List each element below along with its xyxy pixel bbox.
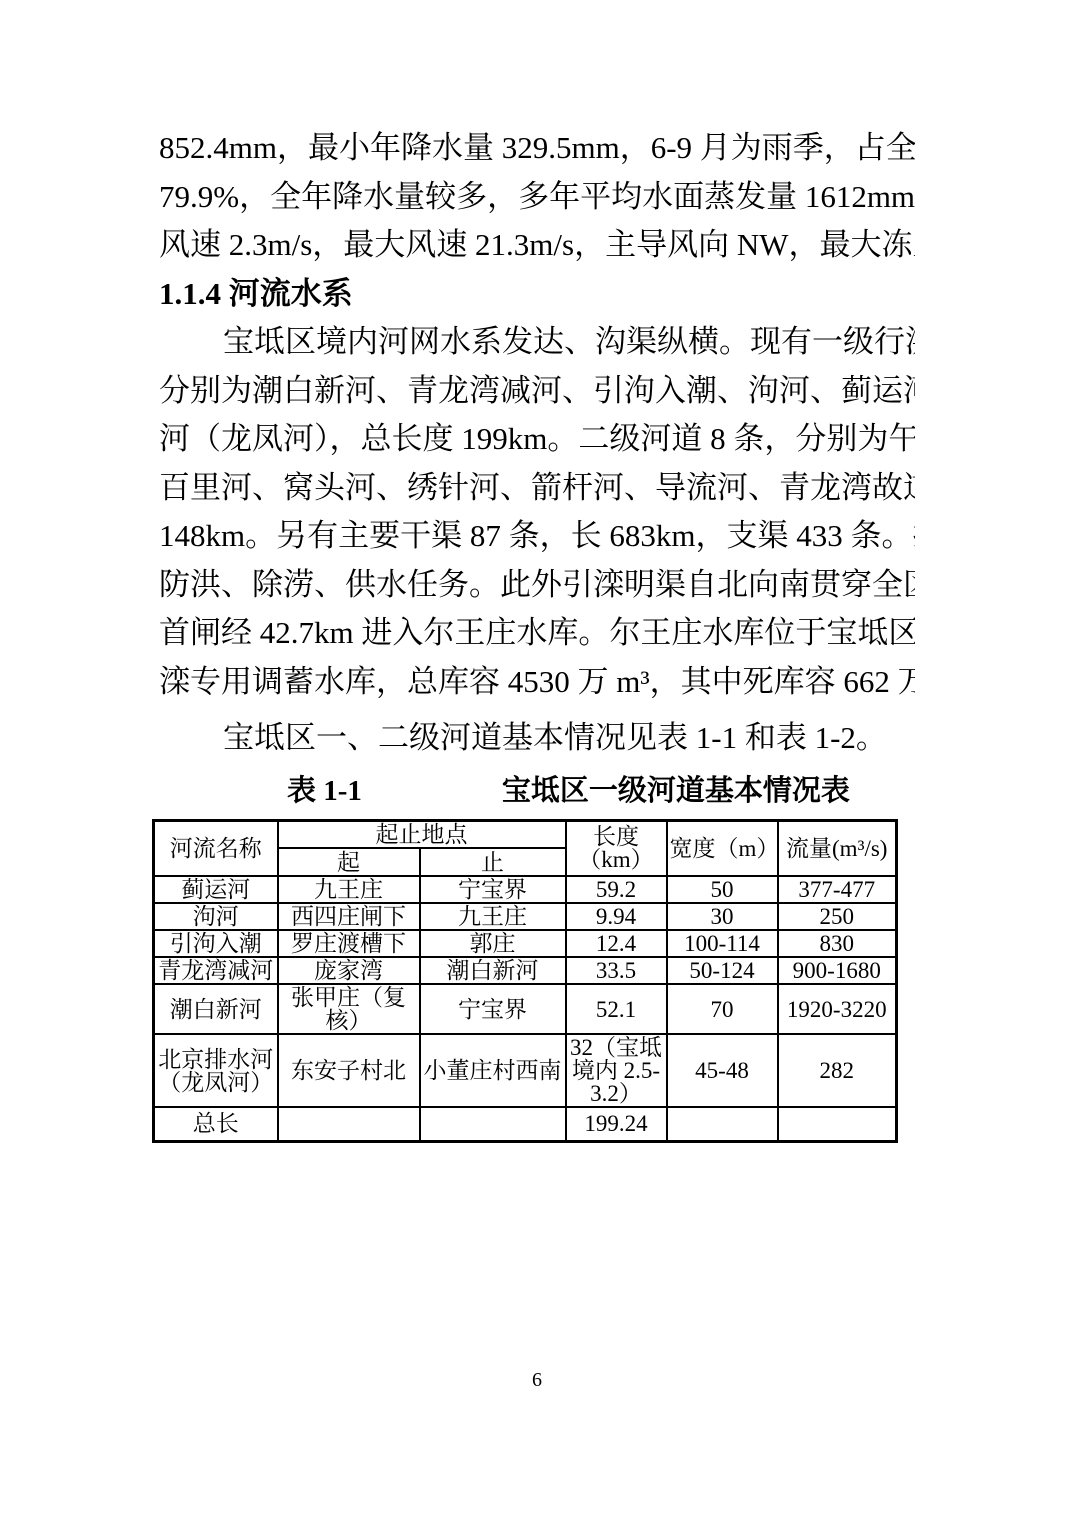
paragraph-climate-line: 风速 2.3m/s，最大风速 21.3m/s，主导风向 NW，最大冻土深度 61…: [159, 221, 915, 270]
cell-width: [667, 1107, 778, 1141]
paragraph-rivers-line: 宝坻区境内河网水系发达、沟渠纵横。现有一级行洪河道 6 条，: [159, 318, 915, 367]
cell-river-name: 青龙湾减河: [154, 957, 278, 984]
table-row: 潮白新河 张甲庄（复核） 宁宝界 52.1 70 1920-3220: [154, 984, 897, 1034]
cell-start: [278, 1107, 420, 1141]
table-row: 北京排水河（龙凤河） 东安子村北 小董庄村西南 32（宝坻境内 2.5-3.2）…: [154, 1034, 897, 1107]
cell-length: 52.1: [566, 984, 667, 1034]
cell-start: 西四庄闸下: [278, 903, 420, 930]
cell-river-name: 潮白新河: [154, 984, 278, 1034]
cell-length: 32（宝坻境内 2.5-3.2）: [566, 1034, 667, 1107]
cell-flow: 250: [778, 903, 897, 930]
cell-length: 12.4: [566, 930, 667, 957]
table-row: 蓟运河 九王庄 宁宝界 59.2 50 377-477: [154, 876, 897, 903]
paragraph-rivers-line: 首闸经 42.7km 进入尔王庄水库。尔王庄水库位于宝坻区境内，为引: [159, 609, 915, 658]
cell-flow: 900-1680: [778, 957, 897, 984]
cell-width: 100-114: [667, 930, 778, 957]
paragraph-rivers-line: 滦专用调蓄水库，总库容 4530 万 m³，其中死库容 662 万 m³。: [159, 658, 915, 707]
paragraph-rivers-line: 分别为潮白新河、青龙湾减河、引泃入潮、泃河、蓟运河、北京排水: [159, 367, 915, 416]
table-row: 青龙湾减河 庞家湾 潮白新河 33.5 50-124 900-1680: [154, 957, 897, 984]
cell-flow: [778, 1107, 897, 1141]
cell-length: 59.2: [566, 876, 667, 903]
section-heading: 1.1.4 河流水系: [159, 270, 915, 319]
cell-length: 33.5: [566, 957, 667, 984]
paragraph-rivers-line: 河（龙凤河），总长度 199km。二级河道 8 条，分别为午河、鲍丘河、: [159, 415, 915, 464]
paragraph-rivers-line: 148km。另有主要干渠 87 条，长 683km，支渠 433 条。担负着全区: [159, 512, 915, 561]
cell-flow: 1920-3220: [778, 984, 897, 1034]
river-basic-info-table: 河流名称 起止地点 长度（km） 宽度（m） 流量(m³/s) 起 止 蓟运河 …: [152, 819, 898, 1143]
header-width: 宽度（m）: [667, 820, 778, 876]
cell-width: 45-48: [667, 1034, 778, 1107]
cell-end: 宁宝界: [420, 984, 566, 1034]
header-end: 止: [420, 848, 566, 876]
cell-start: 九王庄: [278, 876, 420, 903]
paragraph-rivers-line: 防洪、除涝、供水任务。此外引滦明渠自北向南贯穿全区，从明渠渠: [159, 561, 915, 610]
cell-width: 50: [667, 876, 778, 903]
cell-width: 30: [667, 903, 778, 930]
cell-flow: 830: [778, 930, 897, 957]
cell-length: 199.24: [566, 1107, 667, 1141]
paragraph-climate-line: 852.4mm，最小年降水量 329.5mm，6-9 月为雨季，占全年降雨量的: [159, 124, 915, 173]
paragraph-climate-line: 79.9%，全年降水量较多，多年平均水面蒸发量 1612mm，多年平均: [159, 173, 915, 222]
cell-width: 70: [667, 984, 778, 1034]
cell-start: 庞家湾: [278, 957, 420, 984]
cell-river-name: 引泃入潮: [154, 930, 278, 957]
page-number: 6: [0, 1368, 1074, 1392]
cell-length: 9.94: [566, 903, 667, 930]
cell-end: 九王庄: [420, 903, 566, 930]
cell-start: 张甲庄（复核）: [278, 984, 420, 1034]
header-start: 起: [278, 848, 420, 876]
cell-river-name: 北京排水河（龙凤河）: [154, 1034, 278, 1107]
table-row: 引泃入潮 罗庄渡槽下 郭庄 12.4 100-114 830: [154, 930, 897, 957]
cell-end: 小董庄村西南: [420, 1034, 566, 1107]
cell-start: 罗庄渡槽下: [278, 930, 420, 957]
cell-flow: 282: [778, 1034, 897, 1107]
cell-end: 郭庄: [420, 930, 566, 957]
document-content: 852.4mm，最小年降水量 329.5mm，6-9 月为雨季，占全年降雨量的 …: [159, 124, 915, 1143]
table-row: 泃河 西四庄闸下 九王庄 9.94 30 250: [154, 903, 897, 930]
cell-river-name: 泃河: [154, 903, 278, 930]
cell-river-name: 蓟运河: [154, 876, 278, 903]
table-row: 总长 199.24: [154, 1107, 897, 1141]
table-caption-label: 表 1-1: [287, 769, 362, 813]
header-length: 长度（km）: [566, 820, 667, 876]
header-endpoints: 起止地点: [278, 820, 566, 848]
table-caption: 表 1-1 宝坻区一级河道基本情况表: [159, 769, 915, 813]
cell-end: 宁宝界: [420, 876, 566, 903]
table-caption-title: 宝坻区一级河道基本情况表: [502, 769, 850, 813]
cell-flow: 377-477: [778, 876, 897, 903]
paragraph-rivers-line: 百里河、窝头河、绣针河、箭杆河、导流河、青龙湾故道，总长度: [159, 464, 915, 513]
table-header-row: 河流名称 起止地点 长度（km） 宽度（m） 流量(m³/s): [154, 820, 897, 848]
cell-end: 潮白新河: [420, 957, 566, 984]
header-flow: 流量(m³/s): [778, 820, 897, 876]
header-river-name: 河流名称: [154, 820, 278, 876]
cell-river-name: 总长: [154, 1107, 278, 1141]
paragraph-table-ref: 宝坻区一、二级河道基本情况见表 1-1 和表 1-2。: [159, 714, 915, 763]
cell-end: [420, 1107, 566, 1141]
cell-start: 东安子村北: [278, 1034, 420, 1107]
cell-width: 50-124: [667, 957, 778, 984]
document-page: 852.4mm，最小年降水量 329.5mm，6-9 月为雨季，占全年降雨量的 …: [0, 0, 1074, 1520]
